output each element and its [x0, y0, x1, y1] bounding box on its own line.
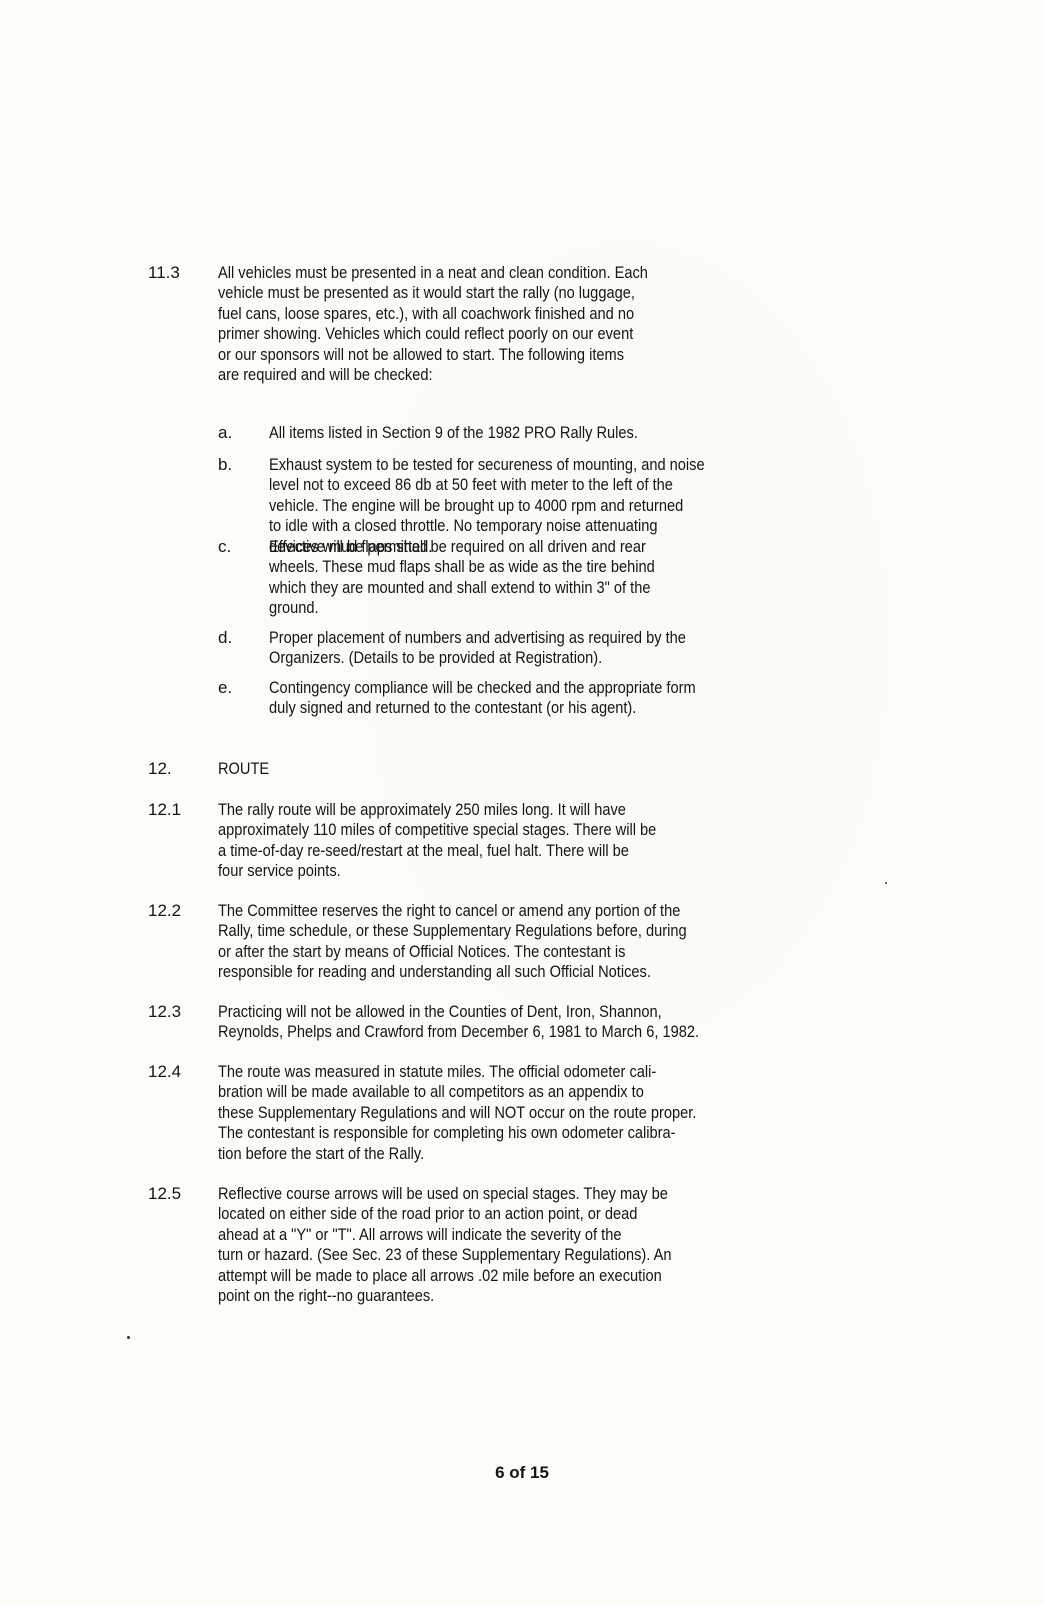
- section-text: The route was measured in statute miles.…: [218, 1062, 949, 1164]
- item-text: Proper placement of numbers and advertis…: [269, 628, 1000, 669]
- item-e: Contingency compliance will be checked a…: [269, 678, 1044, 719]
- scan-speck: [885, 882, 887, 884]
- section-heading: ROUTE: [218, 759, 949, 779]
- section-number: 12.1: [148, 800, 181, 820]
- item-a: All items listed in Section 9 of the 198…: [269, 423, 1044, 443]
- section-12-2: The Committee reserves the right to canc…: [218, 901, 1044, 983]
- section-number: 12.3: [148, 1002, 181, 1022]
- item-text: All items listed in Section 9 of the 198…: [269, 423, 1000, 443]
- item-text: Contingency compliance will be checked a…: [269, 678, 1000, 719]
- section-heading-route: ROUTE: [218, 759, 1044, 779]
- section-text: Reflective course arrows will be used on…: [218, 1184, 949, 1306]
- section-12-1: The rally route will be approximately 25…: [218, 800, 1044, 882]
- item-label: e.: [218, 678, 232, 698]
- section-number: 11.3: [148, 263, 180, 283]
- section-text: All vehicles must be presented in a neat…: [218, 263, 949, 385]
- section-text: The Committee reserves the right to canc…: [218, 901, 949, 983]
- item-label: c.: [218, 537, 231, 557]
- section-12-5: Reflective course arrows will be used on…: [218, 1184, 1044, 1306]
- scan-speck: [127, 1336, 130, 1339]
- item-c: Effective mud flaps shall be required on…: [269, 537, 1044, 619]
- section-number: 12.4: [148, 1062, 181, 1082]
- section-text: The rally route will be approximately 25…: [218, 800, 949, 882]
- section-11-3: All vehicles must be presented in a neat…: [218, 263, 1044, 385]
- item-label: b.: [218, 455, 232, 475]
- section-12-3: Practicing will not be allowed in the Co…: [218, 1002, 1044, 1043]
- item-text: Effective mud flaps shall be required on…: [269, 537, 1000, 619]
- section-text: Practicing will not be allowed in the Co…: [218, 1002, 949, 1043]
- item-label: d.: [218, 628, 232, 648]
- section-number: 12.5: [148, 1184, 181, 1204]
- section-12-4: The route was measured in statute miles.…: [218, 1062, 1044, 1164]
- item-label: a.: [218, 423, 232, 443]
- page-number: 6 of 15: [0, 1463, 1044, 1483]
- document-page: 11.3 All vehicles must be presented in a…: [0, 0, 1044, 1605]
- section-number: 12.: [148, 759, 172, 779]
- item-d: Proper placement of numbers and advertis…: [269, 628, 1044, 669]
- section-number: 12.2: [148, 901, 181, 921]
